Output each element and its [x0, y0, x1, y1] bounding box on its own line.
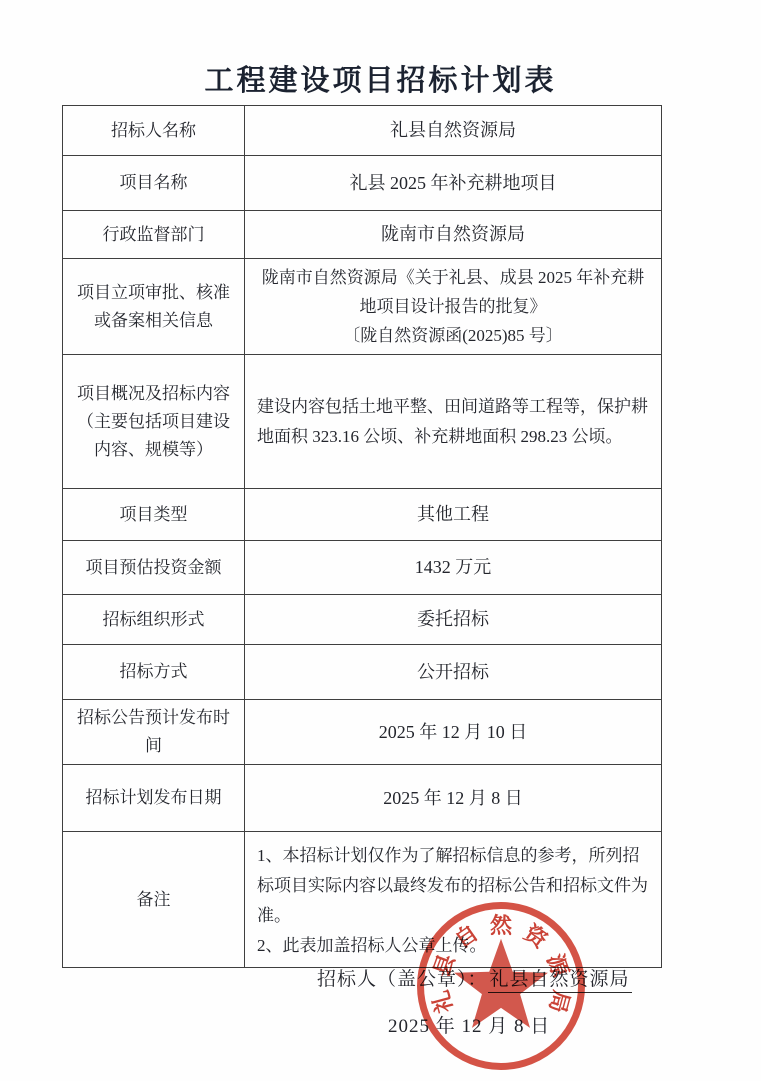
- row-value: 1432 万元: [245, 541, 662, 595]
- row-value: 陇南市自然资源局《关于礼县、成县 2025 年补充耕地项目设计报告的批复》 〔陇…: [245, 259, 662, 355]
- row-label: 项目名称: [63, 156, 245, 211]
- document-page: 工程建设项目招标计划表 招标人名称 礼县自然资源局 项目名称 礼县 2025 年…: [0, 0, 761, 1081]
- table-row-project-type: 项目类型 其他工程: [63, 489, 662, 541]
- table-row-bidding-method: 招标方式 公开招标: [63, 645, 662, 700]
- row-value: 其他工程: [245, 489, 662, 541]
- row-label: 项目概况及招标内容（主要包括项目建设内容、规模等）: [63, 355, 245, 489]
- bidding-plan-table: 招标人名称 礼县自然资源局 项目名称 礼县 2025 年补充耕地项目 行政监督部…: [62, 105, 662, 968]
- row-label: 招标人名称: [63, 106, 245, 156]
- row-value: 公开招标: [245, 645, 662, 700]
- row-label: 行政监督部门: [63, 211, 245, 259]
- row-label: 项目类型: [63, 489, 245, 541]
- row-label: 项目立项审批、核准或备案相关信息: [63, 259, 245, 355]
- table-row-announcement-date: 招标公告预计发布时间 2025 年 12 月 10 日: [63, 700, 662, 765]
- table-row-project-name: 项目名称 礼县 2025 年补充耕地项目: [63, 156, 662, 211]
- row-value: 礼县自然资源局: [245, 106, 662, 156]
- table-row-supervision-dept: 行政监督部门 陇南市自然资源局: [63, 211, 662, 259]
- row-label: 项目预估投资金额: [63, 541, 245, 595]
- table-row-estimated-investment: 项目预估投资金额 1432 万元: [63, 541, 662, 595]
- row-value: 2025 年 12 月 8 日: [245, 765, 662, 832]
- page-title: 工程建设项目招标计划表: [0, 58, 761, 99]
- row-value: 委托招标: [245, 595, 662, 645]
- row-value: 礼县 2025 年补充耕地项目: [245, 156, 662, 211]
- table-row-bidder-name: 招标人名称 礼县自然资源局: [63, 106, 662, 156]
- row-value: 2025 年 12 月 10 日: [245, 700, 662, 765]
- table-row-approval-info: 项目立项审批、核准或备案相关信息 陇南市自然资源局《关于礼县、成县 2025 年…: [63, 259, 662, 355]
- seal-char: 然: [488, 913, 514, 939]
- row-label: 招标计划发布日期: [63, 765, 245, 832]
- row-label: 招标组织形式: [63, 595, 245, 645]
- row-label: 招标公告预计发布时间: [63, 700, 245, 765]
- table-row-project-overview: 项目概况及招标内容（主要包括项目建设内容、规模等） 建设内容包括土地平整、田间道…: [63, 355, 662, 489]
- table-row-organization-form: 招标组织形式 委托招标: [63, 595, 662, 645]
- table-row-plan-publish-date: 招标计划发布日期 2025 年 12 月 8 日: [63, 765, 662, 832]
- row-value: 陇南市自然资源局: [245, 211, 662, 259]
- row-label: 备注: [63, 832, 245, 968]
- official-seal: 礼 县 自 然 资 源 局: [417, 902, 585, 1070]
- row-value: 建设内容包括土地平整、田间道路等工程等，保护耕地面积 323.16 公顷、补充耕…: [245, 355, 662, 489]
- row-label: 招标方式: [63, 645, 245, 700]
